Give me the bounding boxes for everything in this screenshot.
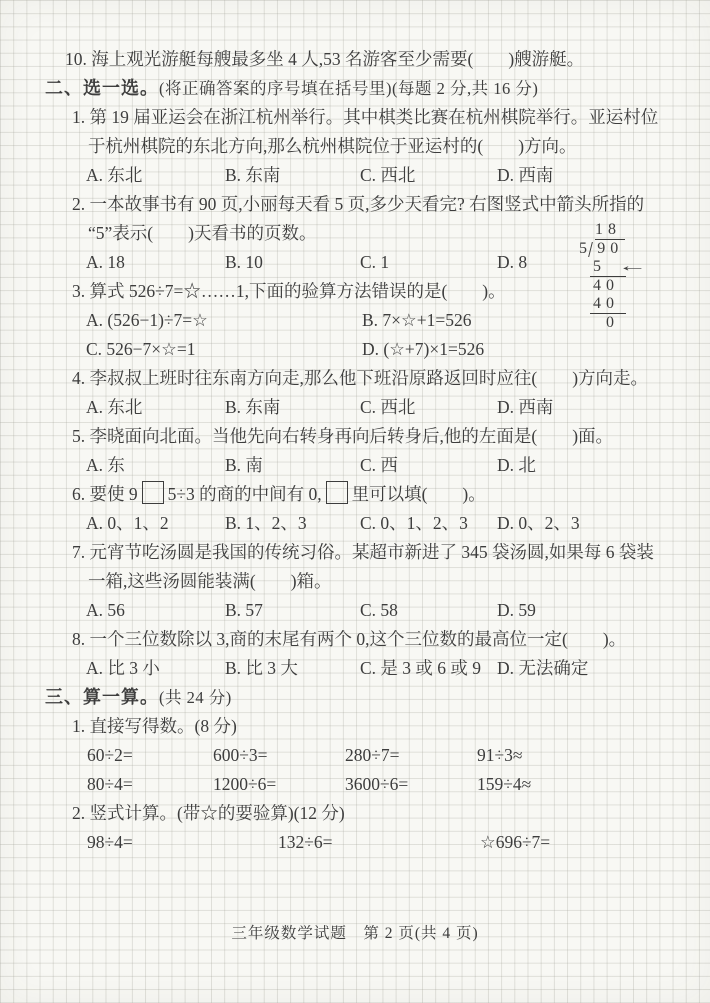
division-divisor: 5	[579, 240, 588, 258]
option-d: D. 北	[497, 451, 676, 480]
section-3-instructions: (共 24 分)	[159, 688, 232, 707]
section-3-part-2-label: 2. 竖式计算。(带☆的要验算)(12 分)	[45, 799, 676, 828]
option-a: A. 东北	[86, 161, 225, 190]
option-c: C. 西	[360, 451, 497, 480]
option-b: B. 1、2、3	[225, 509, 360, 538]
option-c: C. 是 3 或 6 或 9	[360, 654, 497, 683]
division-bracket-icon	[588, 242, 593, 257]
section-3-title: 三、算一算。	[45, 687, 159, 707]
option-c: C. 1	[360, 248, 497, 277]
option-c: C. 西北	[360, 161, 497, 190]
question-6-options: A. 0、1、2 B. 1、2、3 C. 0、1、2、3 D. 0、2、3	[45, 509, 676, 538]
arrow-left-icon: ←	[617, 258, 647, 276]
option-a: A. 18	[86, 248, 225, 277]
math-expression: 91÷3≈	[477, 741, 676, 770]
math-expression: 280÷7=	[345, 741, 477, 770]
exam-paper-page: { "page": { "footer": "三年级数学试题 第 2 页(共 4…	[0, 0, 710, 1003]
question-5-options: A. 东 B. 南 C. 西 D. 北	[45, 451, 676, 480]
math-expression: 80÷4=	[87, 770, 213, 799]
option-d: D. 0、2、3	[497, 509, 676, 538]
fill-in-box	[326, 481, 348, 504]
option-b: B. 57	[225, 596, 360, 625]
question-5-line-1: 5. 李晓面向北面。当他先向右转身再向后转身后,他的左面是( )面。	[45, 422, 676, 451]
option-b: B. 东南	[225, 393, 360, 422]
question-6-text-3: 里可以填( )。	[352, 484, 486, 504]
math-expression: 159÷4≈	[477, 770, 676, 799]
division-quotient: 18	[579, 221, 625, 239]
question-1-line-2: 于杭州棋院的东北方向,那么杭州棋院位于亚运村的( )方向。	[45, 132, 676, 161]
math-expression: 600÷3=	[213, 741, 345, 770]
page-content: 10. 海上观光游艇每艘最多坐 4 人,53 名游客至少需要( )艘游艇。 二、…	[45, 45, 676, 857]
option-c: C. 西北	[360, 393, 497, 422]
question-2-line-1: 2. 一本故事书有 90 页,小丽每天看 5 页,多少天看完? 右图竖式中箭头所…	[45, 190, 676, 219]
option-a: A. 0、1、2	[86, 509, 225, 538]
option-d: D. 西南	[497, 393, 676, 422]
option-a: A. 东	[86, 451, 225, 480]
division-bring-down: 40	[593, 277, 623, 295]
question-6-line-1: 6. 要使 95÷3 的商的中间有 0,里可以填( )。	[45, 480, 676, 509]
math-expression: 1200÷6=	[213, 770, 345, 799]
question-3-options-row-2: C. 526−7×☆=1 D. (☆+7)×1=526	[45, 335, 676, 364]
question-10: 10. 海上观光游艇每艘最多坐 4 人,53 名游客至少需要( )艘游艇。	[45, 45, 676, 74]
question-1-options: A. 东北 B. 东南 C. 西北 D. 西南	[45, 161, 676, 190]
option-d: D. 无法确定	[497, 654, 676, 683]
math-expression: ☆696÷7=	[480, 828, 676, 857]
section-2-instructions: (将正确答案的序号填在括号里)(每题 2 分,共 16 分)	[159, 79, 538, 98]
option-c: C. 526−7×☆=1	[86, 335, 362, 364]
question-4-options: A. 东北 B. 东南 C. 西北 D. 西南	[45, 393, 676, 422]
option-d: D. 59	[497, 596, 676, 625]
option-a: A. (526−1)÷7=☆	[86, 306, 362, 335]
division-dividend: 90	[595, 239, 625, 258]
option-b: B. 东南	[225, 161, 360, 190]
division-work-column: 5 ← 40 40 0	[593, 258, 623, 332]
section-3-header: 三、算一算。(共 24 分)	[45, 683, 676, 712]
option-c: C. 0、1、2、3	[360, 509, 497, 538]
question-6-text-1: 6. 要使 9	[72, 484, 138, 504]
division-remainder: 0	[593, 314, 623, 332]
page-footer: 三年级数学试题 第 2 页(共 4 页)	[0, 921, 710, 943]
fill-in-box	[142, 481, 164, 504]
question-6-text-2: 5÷3 的商的中间有 0,	[168, 484, 322, 504]
division-dividend-row: 5 90	[579, 239, 625, 258]
question-7-line-2: 一箱,这些汤圆能装满( )箱。	[45, 567, 676, 596]
math-expression: 3600÷6=	[345, 770, 477, 799]
division-subtract-1-value: 5	[593, 258, 601, 275]
option-b: B. 比 3 大	[225, 654, 360, 683]
option-b: B. 10	[225, 248, 360, 277]
section-2-title: 二、选一选。	[45, 78, 159, 98]
mental-math-row-1: 60÷2= 600÷3= 280÷7= 91÷3≈	[45, 741, 676, 770]
option-a: A. 56	[86, 596, 225, 625]
question-1-line-1: 1. 第 19 届亚运会在浙江杭州举行。其中棋类比赛在杭州棋院举行。亚运村位	[45, 103, 676, 132]
option-d: D. 西南	[497, 161, 676, 190]
option-b: B. 7×☆+1=526	[362, 306, 676, 335]
question-7-options: A. 56 B. 57 C. 58 D. 59	[45, 596, 676, 625]
math-expression: 60÷2=	[87, 741, 213, 770]
division-subtract-2: 40	[590, 295, 626, 314]
option-b: B. 南	[225, 451, 360, 480]
question-8-line-1: 8. 一个三位数除以 3,商的末尾有两个 0,这个三位数的最高位一定( )。	[45, 625, 676, 654]
mental-math-row-2: 80÷4= 1200÷6= 3600÷6= 159÷4≈	[45, 770, 676, 799]
question-7-line-1: 7. 元宵节吃汤圆是我国的传统习俗。某超市新进了 345 袋汤圆,如果每 6 袋…	[45, 538, 676, 567]
option-a: A. 比 3 小	[86, 654, 225, 683]
option-d: D. (☆+7)×1=526	[362, 335, 676, 364]
section-2-header: 二、选一选。(将正确答案的序号填在括号里)(每题 2 分,共 16 分)	[45, 74, 676, 103]
question-4-line-1: 4. 李叔叔上班时往东南方向走,那么他下班沿原路返回时应往( )方向走。	[45, 364, 676, 393]
long-division-diagram: 18 5 90 5 ← 40 40 0	[579, 221, 625, 332]
question-8-options: A. 比 3 小 B. 比 3 大 C. 是 3 或 6 或 9 D. 无法确定	[45, 654, 676, 683]
column-calculation-row: 98÷4= 132÷6= ☆696÷7=	[45, 828, 676, 857]
division-subtract-1: 5 ←	[590, 258, 626, 277]
math-expression: 132÷6=	[278, 828, 480, 857]
section-3-part-1-label: 1. 直接写得数。(8 分)	[45, 712, 676, 741]
math-expression: 98÷4=	[87, 828, 278, 857]
option-a: A. 东北	[86, 393, 225, 422]
option-c: C. 58	[360, 596, 497, 625]
